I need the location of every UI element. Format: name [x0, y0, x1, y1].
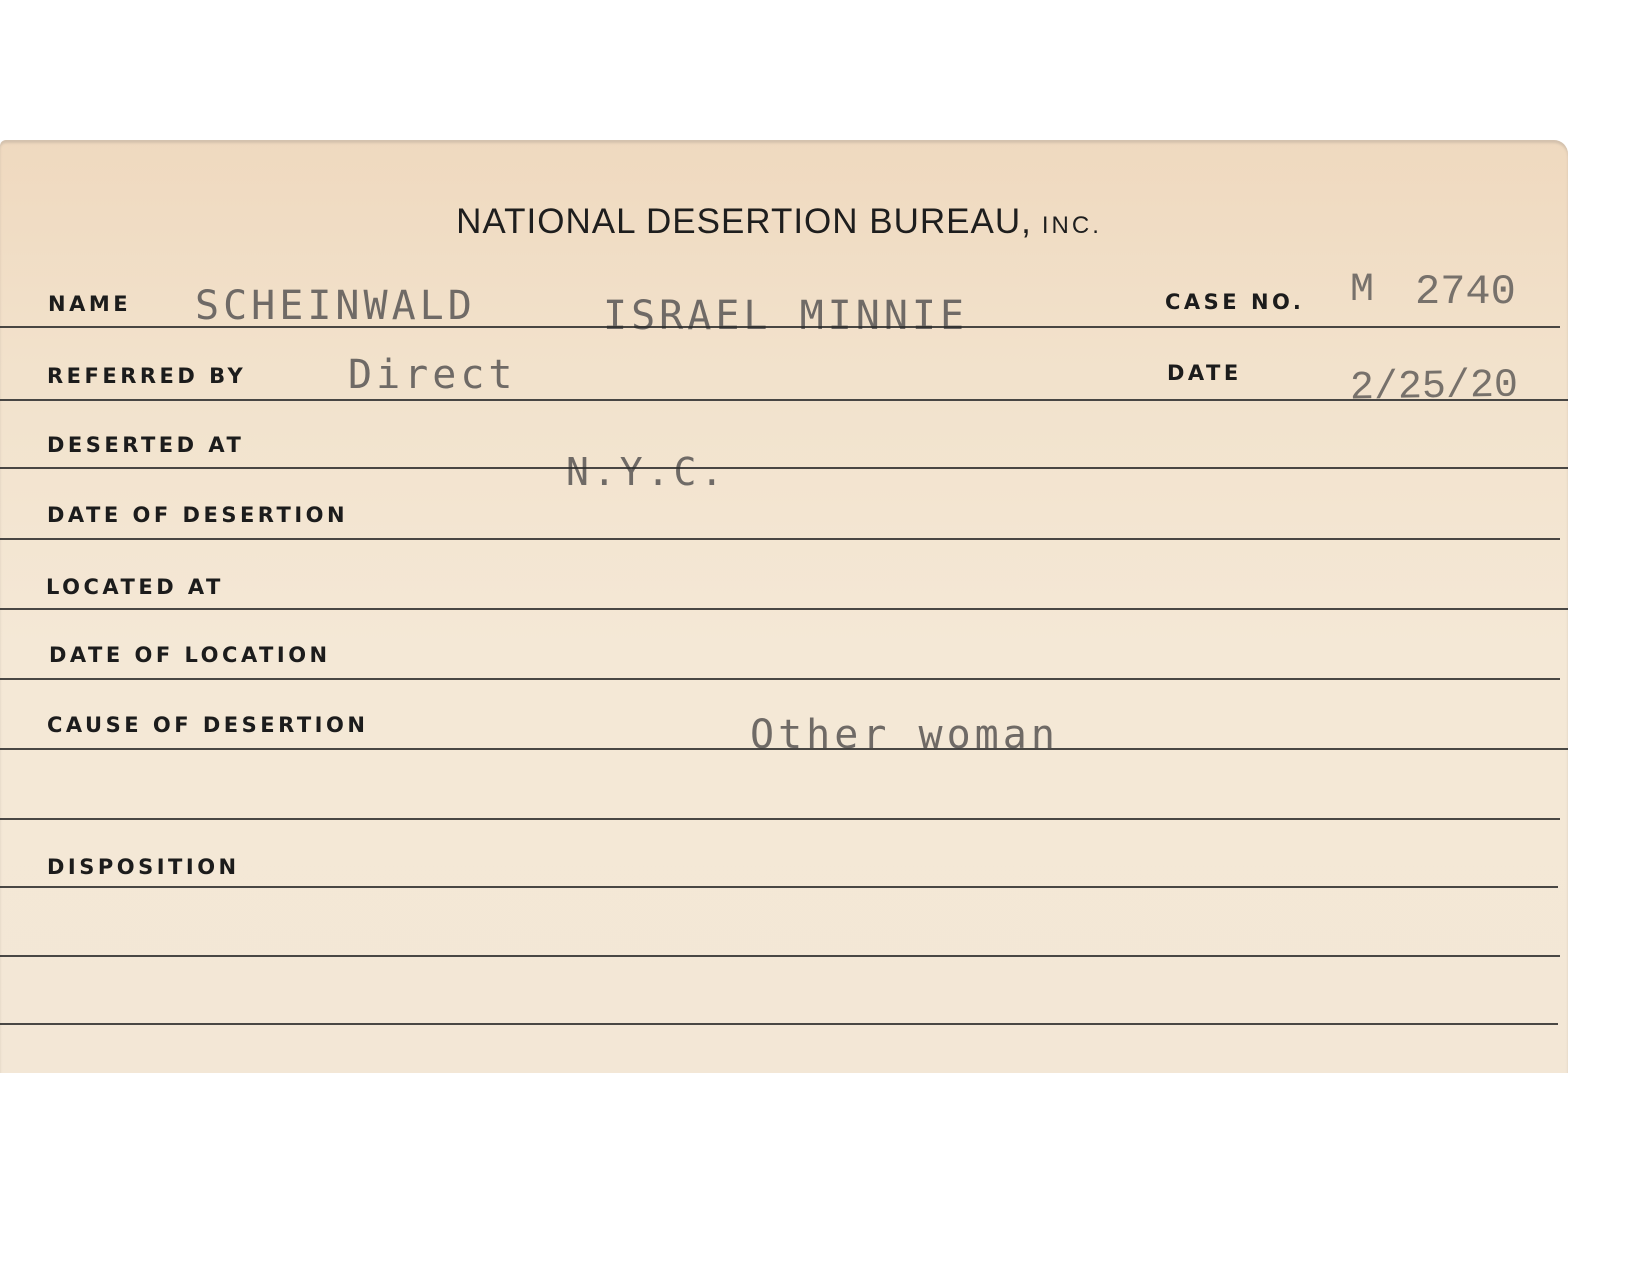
bureau-name: NATIONAL DESERTION BUREAU,	[456, 202, 1032, 241]
disposition-label: DISPOSITION	[47, 855, 240, 879]
date-value: 2/25/20	[1350, 364, 1519, 412]
rule-line	[0, 886, 1558, 888]
rule-line	[0, 399, 1568, 401]
index-card: NATIONAL DESERTION BUREAU,INC. NAME SCHE…	[0, 140, 1568, 1073]
rule-line	[0, 538, 1560, 540]
referred-by-label: REFERRED BY	[47, 364, 246, 388]
name-given-value: ISRAEL MINNIE	[603, 293, 968, 339]
case-no-label: CASE NO.	[1165, 290, 1304, 314]
card-title: NATIONAL DESERTION BUREAU,INC.	[0, 202, 1563, 242]
rule-line	[0, 326, 1560, 328]
rule-line	[0, 748, 1568, 750]
deserted-at-label: DESERTED AT	[47, 433, 244, 457]
date-label: DATE	[1167, 361, 1242, 385]
deserted-at-value: N.Y.C.	[566, 450, 727, 494]
rule-line	[0, 467, 1568, 469]
rule-line	[0, 608, 1568, 610]
case-no-value: 2740	[1415, 268, 1516, 316]
name-label: NAME	[48, 292, 131, 316]
rule-line	[0, 818, 1560, 820]
case-no-prefix: M	[1350, 268, 1374, 313]
name-surname-value: SCHEINWALD	[195, 283, 476, 329]
cause-of-desertion-label: CAUSE OF DESERTION	[47, 713, 368, 737]
rule-line	[0, 1023, 1558, 1025]
date-of-location-label: DATE OF LOCATION	[49, 643, 331, 667]
cause-of-desertion-value: Other woman	[750, 712, 1059, 758]
bureau-suffix: INC.	[1042, 212, 1102, 239]
date-of-desertion-label: DATE OF DESERTION	[47, 503, 348, 527]
rule-line	[0, 955, 1560, 957]
located-at-label: LOCATED AT	[46, 575, 224, 599]
referred-by-value: Direct	[348, 352, 517, 398]
rule-line	[0, 678, 1560, 680]
